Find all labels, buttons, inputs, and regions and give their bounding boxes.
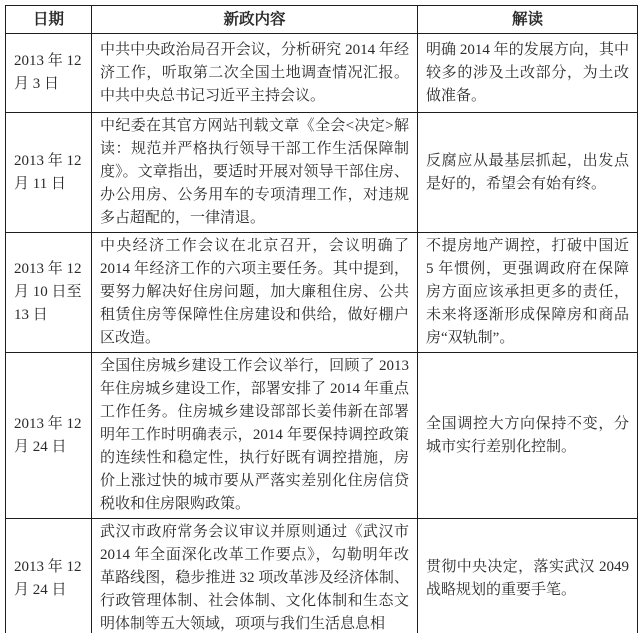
cell-date: 2013 年 12 月 10 日至 13 日 xyxy=(6,233,92,353)
table-row: 2013 年 12 月 10 日至 13 日 中央经济工作会议在北京召开，会议明… xyxy=(6,233,638,353)
cell-interpretation: 不提房地产调控，打破中国近 5 年惯例，更强调政府在保障房方面应该承担更多的责任… xyxy=(418,233,638,353)
cell-interpretation: 明确 2014 年的发展方向，其中较多的涉及土改部分，为土改做准备。 xyxy=(418,34,638,113)
cell-date: 2013 年 12 月 11 日 xyxy=(6,113,92,233)
table-row: 2013 年 12 月 3 日 中共中央政治局召开会议，分析研究 2014 年经… xyxy=(6,34,638,113)
cell-content: 中央经济工作会议在北京召开，会议明确了 2014 年经济工作的六项主要任务。其中… xyxy=(92,233,418,353)
cell-date: 2013 年 12 月 3 日 xyxy=(6,34,92,113)
header-cell-date: 日期 xyxy=(6,6,92,34)
table-row: 2013 年 12 月 24 日 全国住房城乡建设工作会议举行，回顾了 2013… xyxy=(6,353,638,519)
table-row: 2013 年 12 月 11 日 中纪委在其官方网站刊载文章《全会<决定>解读：… xyxy=(6,113,638,233)
header-cell-interpretation: 解读 xyxy=(418,6,638,34)
cell-interpretation: 反腐应从最基层抓起，出发点是好的，希望会有始有终。 xyxy=(418,113,638,233)
cell-date: 2013 年 12 月 24 日 xyxy=(6,353,92,519)
cell-interpretation: 贯彻中央决定，落实武汉 2049 战略规划的重要手笔。 xyxy=(418,519,638,633)
cell-content: 全国住房城乡建设工作会议举行，回顾了 2013 年住房城乡建设工作，部署安排了 … xyxy=(92,353,418,519)
cell-date: 2013 年 12 月 24 日 xyxy=(6,519,92,633)
cell-content: 中纪委在其官方网站刊载文章《全会<决定>解读：规范并严格执行领导干部工作生活保障… xyxy=(92,113,418,233)
header-row: 日期 新政内容 解读 xyxy=(6,6,638,34)
cell-interpretation: 全国调控大方向保持不变，分城市实行差别化控制。 xyxy=(418,353,638,519)
cell-content: 武汉市政府常务会议审议并原则通过《武汉市 2014 年全面深化改革工作要点》，勾… xyxy=(92,519,418,633)
header-cell-content: 新政内容 xyxy=(92,6,418,34)
policy-table: 日期 新政内容 解读 2013 年 12 月 3 日 中共中央政治局召开会议，分… xyxy=(5,5,638,633)
cell-content: 中共中央政治局召开会议，分析研究 2014 年经济工作，听取第二次全国土地调查情… xyxy=(92,34,418,113)
table-row: 2013 年 12 月 24 日 武汉市政府常务会议审议并原则通过《武汉市 20… xyxy=(6,519,638,633)
